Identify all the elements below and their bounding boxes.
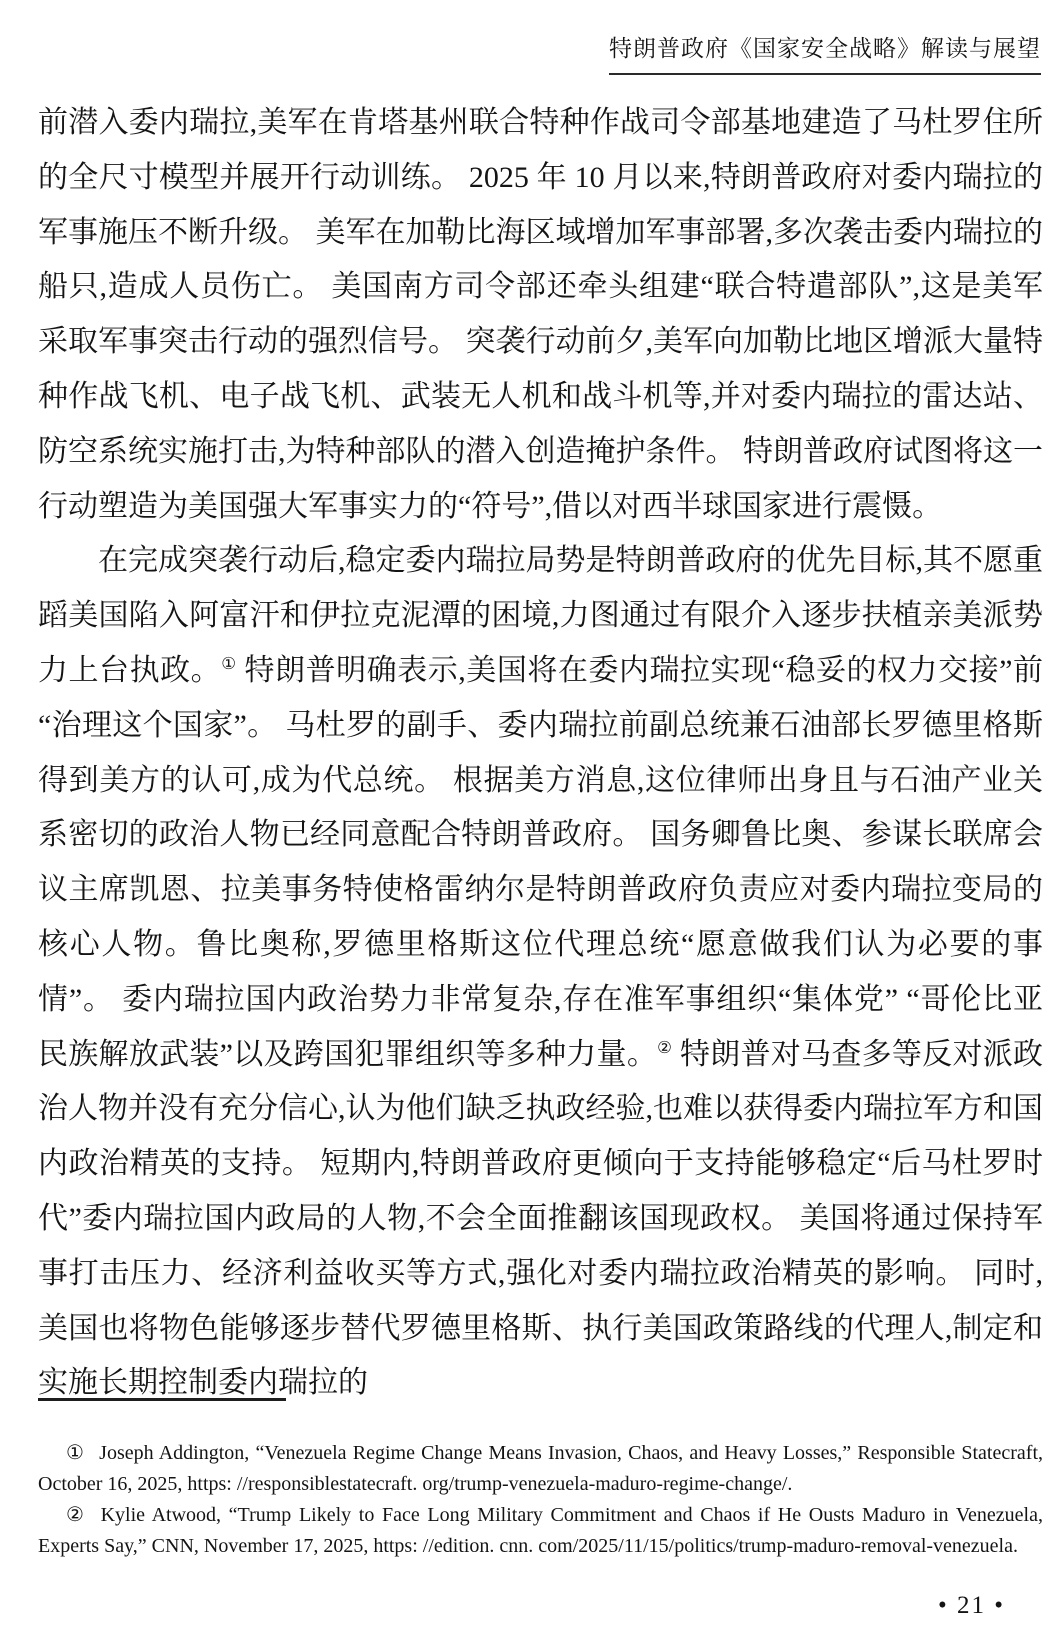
footnote-reference-1: ① xyxy=(221,654,236,673)
footnote-separator-rule xyxy=(38,1398,286,1401)
paragraph-2-segment-3: 特朗普对马查多等反对派政治人物并没有充分信心,认为他们缺乏执政经验,也难以获得委… xyxy=(38,1038,1043,1400)
footnote-2-text: Kylie Atwood, “Trump Likely to Face Long… xyxy=(38,1504,1043,1557)
running-head: 特朗普政府《国家安全战略》解读与展望 xyxy=(609,30,1041,75)
footnote-2: ②Kylie Atwood, “Trump Likely to Face Lon… xyxy=(38,1500,1043,1562)
article-body: 前潜入委内瑞拉,美军在肯塔基州联合特种作战司令部基地建造了马杜罗住所的全尺寸模型… xyxy=(38,96,1043,1411)
footnote-reference-2: ② xyxy=(657,1038,672,1057)
footnote-1-text: Joseph Addington, “Venezuela Regime Chan… xyxy=(38,1442,1043,1495)
footnote-section: ①Joseph Addington, “Venezuela Regime Cha… xyxy=(38,1398,1043,1562)
document-page: 特朗普政府《国家安全战略》解读与展望 前潜入委内瑞拉,美军在肯塔基州联合特种作战… xyxy=(0,0,1055,1633)
footnote-1: ①Joseph Addington, “Venezuela Regime Cha… xyxy=(38,1438,1043,1500)
paragraph-2: 在完成突袭行动后,稳定委内瑞拉局势是特朗普政府的优先目标,其不愿重蹈美国陷入阿富… xyxy=(38,534,1043,1411)
paragraph-2-segment-2: 特朗普明确表示,美国将在委内瑞拉实现“稳妥的权力交接”前“治理这个国家”。 马杜… xyxy=(38,654,1043,1071)
footnote-1-marker: ① xyxy=(66,1442,99,1464)
paragraph-continuation: 前潜入委内瑞拉,美军在肯塔基州联合特种作战司令部基地建造了马杜罗住所的全尺寸模型… xyxy=(38,96,1043,534)
footnote-2-marker: ② xyxy=(66,1504,101,1526)
running-head-title: 特朗普政府《国家安全战略》解读与展望 xyxy=(609,30,1041,75)
page-number: • 21 • xyxy=(938,1592,1005,1620)
